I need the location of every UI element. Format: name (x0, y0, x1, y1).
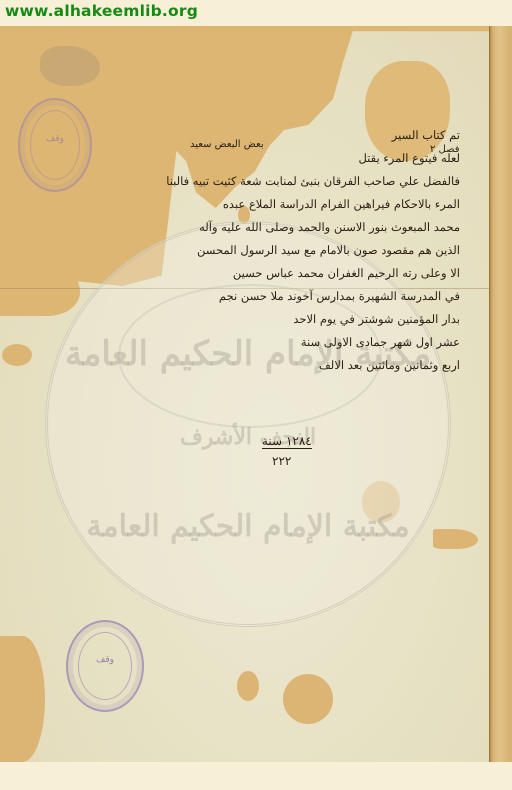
stain-spot (2, 344, 32, 366)
watermark-line-3: مكتبة الإمام الحكيم العامة (48, 509, 448, 544)
text-line: في المدرسة الشهيرة بمدارس آخوند ملا حسن … (200, 285, 460, 308)
text-line: الذين هم مقصود صون بالامام مع سيد الرسول… (200, 239, 460, 262)
seal-inner-ring (78, 632, 132, 700)
text-line: محمد المبعوث بنور الاسنن والحمد وصلى الل… (200, 216, 460, 239)
colophon-date: ١٢٨٤ سنة (262, 434, 312, 449)
text-line: فالفضل علي صاحب الفرقان بنبئ لمنابت شعة … (200, 170, 460, 193)
footer-band (0, 762, 512, 790)
binding-spine (489, 26, 512, 762)
text-line: بدار المؤمنين شوشتر في يوم الاحد (200, 308, 460, 331)
stain-spot (237, 671, 259, 701)
text-line: المرء بالاحكام فيراهين الفرام الدراسة ال… (200, 193, 460, 216)
stain-spot (0, 636, 45, 762)
text-line: اربع وثمانين ومائتين بعد الالف (200, 354, 460, 377)
stain-spot (283, 674, 333, 724)
seal-text: وقف (20, 134, 90, 144)
manuscript-scan: مكتبة الإمام الحكيم العامة النجف الأشرف … (0, 26, 512, 762)
seal-inner-ring (30, 110, 80, 180)
site-header: www.alhakeemlib.org (0, 0, 512, 24)
colophon-text: تم كتاب السير لعله فيتوع المرء يقتل فالف… (200, 124, 460, 377)
watermark-line-2: النجف الأشرف (48, 424, 448, 450)
text-line: تم كتاب السير (200, 124, 460, 147)
site-url-link[interactable]: www.alhakeemlib.org (5, 2, 198, 20)
text-line: عشر اول شهر جمادى الاولى سنة (200, 331, 460, 354)
colophon-number: ٢٢٢ (272, 454, 291, 468)
upper-left-seal: وقف (18, 98, 92, 192)
seal-text: وقف (68, 655, 142, 665)
text-line: لعله فيتوع المرء يقتل (200, 147, 460, 170)
text-line: الا وعلى رته الرحيم الغفران محمد عباس حس… (200, 262, 460, 285)
lower-left-seal: وقف (66, 620, 144, 712)
paper-tear (40, 46, 100, 86)
